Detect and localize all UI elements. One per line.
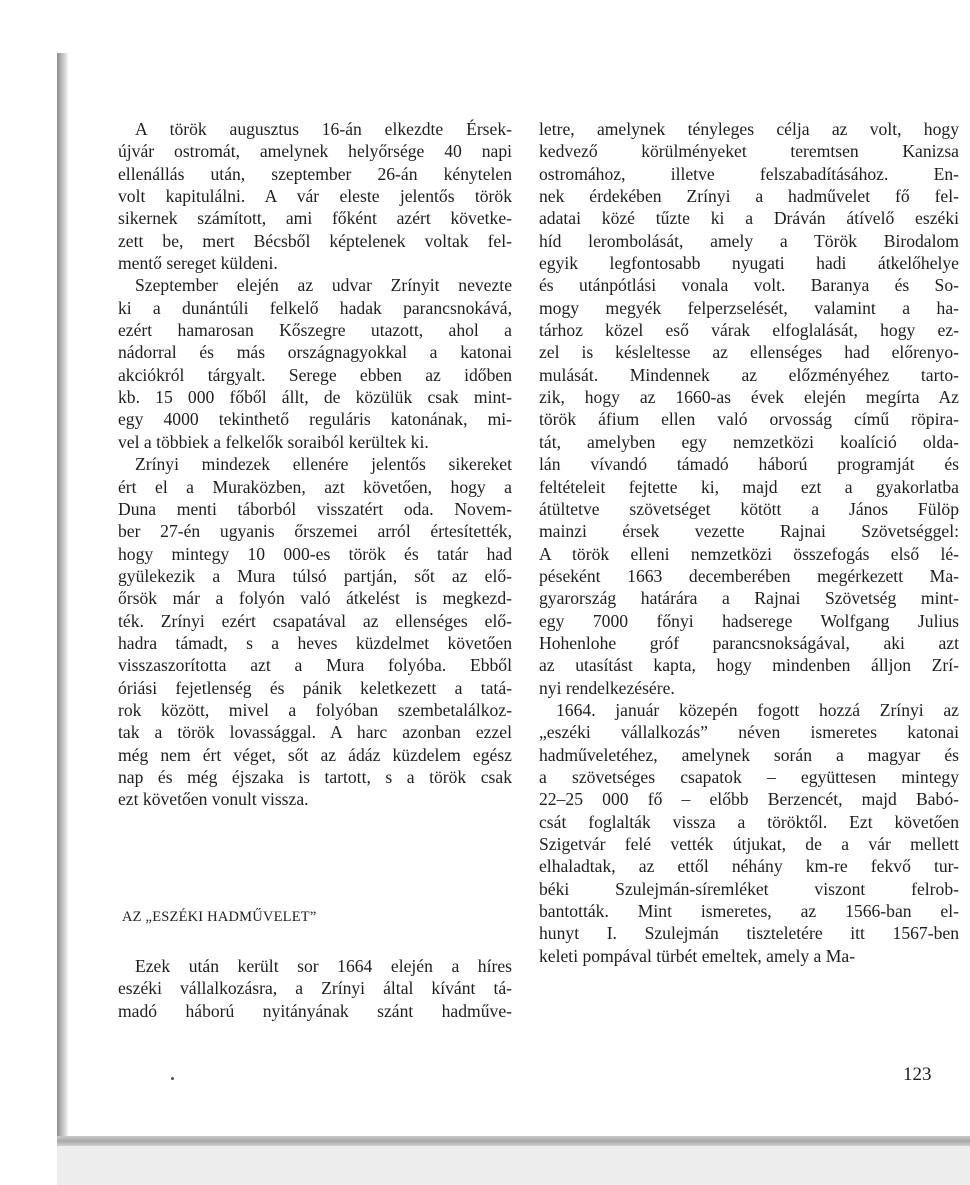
text-line: hadra támadt, s a heves küzdelmet követő…	[118, 632, 512, 654]
text-line: nek érdekében Zrínyi a hadművelet fő fel…	[539, 185, 959, 207]
text-line: akciókról tárgyalt. Serege ebben az időb…	[118, 364, 512, 386]
text-line: ért el a Muraközben, azt követően, hogy …	[118, 476, 512, 498]
text-line: A török augusztus 16-án elkezdte Érsek-	[118, 118, 512, 140]
text-line: visszaszorította azt a Mura folyóba. Ebb…	[118, 654, 512, 676]
text-line: török áfium ellen való orvosság című röp…	[539, 408, 959, 430]
text-line: madó háború nyitányának szánt hadműve-	[118, 1000, 512, 1022]
text-line: ber 27-én ugyanis őrszemei arról értesít…	[118, 520, 512, 542]
page-bottom-edge	[57, 1136, 970, 1146]
text-line: hogy mintegy 10 000-es török és tatár ha…	[118, 543, 512, 565]
text-line: sikernek számított, ami főként azért köv…	[118, 207, 512, 229]
text-line: ezt követően vonult vissza.	[118, 788, 512, 810]
scan-speck	[171, 1077, 174, 1080]
left-text-column: A török augusztus 16-án elkezdte Érsek-ú…	[118, 118, 512, 811]
text-line: zett be, mert Bécsből képtelenek voltak …	[118, 230, 512, 252]
text-line: még nem ért véget, sőt az ádáz küzdelem …	[118, 744, 512, 766]
text-line: ték. Zrínyi ezért csapatával az ellenség…	[118, 610, 512, 632]
text-line: hadműveletéhez, amelynek során a magyar …	[539, 744, 959, 766]
underlying-page	[57, 1146, 970, 1185]
text-line: béki Szulejmán-síremléket viszont felrob…	[539, 878, 959, 900]
text-line: mulását. Mindennek az előzményéhez tarto…	[539, 364, 959, 386]
text-line: egy 7000 főnyi hadserege Wolfgang Julius	[539, 610, 959, 632]
text-line: Zrínyi mindezek ellenére jelentős sikere…	[118, 453, 512, 475]
text-line: tárhoz közel eső várak elfoglalását, hog…	[539, 319, 959, 341]
text-line: nyi rendelkezésére.	[539, 677, 959, 699]
text-line: ostromához, illetve felszabadításához. E…	[539, 163, 959, 185]
text-line: elhaladtak, az ettől néhány km-re fekvő …	[539, 855, 959, 877]
page-number: 123	[903, 1064, 932, 1086]
text-line: Hohenlohe gróf parancsnokságával, aki az…	[539, 632, 959, 654]
text-line: ezért hamarosan Kőszegre utazott, ahol a	[118, 319, 512, 341]
text-line: tát, amelyben egy nemzetközi koalíció ol…	[539, 431, 959, 453]
text-line: hunyt I. Szulejmán tiszteletére itt 1567…	[539, 922, 959, 944]
text-line: eszéki vállalkozásra, a Zrínyi által kív…	[118, 977, 512, 999]
text-line: letre, amelynek tényleges célja az volt,…	[539, 118, 959, 140]
text-line: adatai közé tűzte ki a Dráván átívelő es…	[539, 207, 959, 229]
text-line: nap és még éjszaka is tartott, s a török…	[118, 766, 512, 788]
text-line: ki a dunántúli felkelő hadak parancsnoká…	[118, 297, 512, 319]
text-line: gyülekezik a Mura túlsó partján, sőt az …	[118, 565, 512, 587]
text-line: feltételeit fejtette ki, majd ezt a gyak…	[539, 476, 959, 498]
text-line: Duna menti táborból visszatért oda. Nove…	[118, 498, 512, 520]
book-spine-shadow	[57, 53, 68, 1185]
text-line: mentő sereget küldeni.	[118, 252, 512, 274]
text-line: zik, hogy az 1660-as évek elején megírta…	[539, 386, 959, 408]
text-line: zel is késleltesse az ellenséges had elő…	[539, 341, 959, 363]
text-line: átültetve szövetséget kötött a János Fül…	[539, 498, 959, 520]
text-line: újvár ostromát, amelynek helyőrsége 40 n…	[118, 140, 512, 162]
text-line: A török elleni nemzetközi összefogás els…	[539, 543, 959, 565]
text-line: nádorral és más országnagyokkal a katona…	[118, 341, 512, 363]
text-line: 1664. január közepén fogott hozzá Zrínyi…	[539, 699, 959, 721]
text-line: egy 4000 tekinthető reguláris katonának,…	[118, 408, 512, 430]
text-line: keleti pompával türbét emeltek, amely a …	[539, 945, 959, 967]
text-line: őrsök már a folyón való átkelést is megk…	[118, 587, 512, 609]
text-line: tak a török lovassággal. A harc azonban …	[118, 721, 512, 743]
section-intro-paragraph: Ezek után került sor 1664 elején a híres…	[118, 955, 512, 1022]
text-line: kedvező körülményeket teremtsen Kanizsa	[539, 140, 959, 162]
text-line: „eszéki vállalkozás” néven ismeretes kat…	[539, 721, 959, 743]
text-line: rok között, mivel a folyóban szembetalál…	[118, 699, 512, 721]
text-line: gyarország határára a Rajnai Szövetség m…	[539, 587, 959, 609]
text-line: 22–25 000 fő – előbb Berzencét, majd Bab…	[539, 788, 959, 810]
text-line: kb. 15 000 főből állt, de közülük csak m…	[118, 386, 512, 408]
text-line: bantották. Mint ismeretes, az 1566-ban e…	[539, 900, 959, 922]
text-line: csát foglalták vissza a töröktől. Ezt kö…	[539, 811, 959, 833]
text-line: Szeptember elején az udvar Zrínyit nevez…	[118, 274, 512, 296]
text-line: lán vívandó támadó háború programját és	[539, 453, 959, 475]
text-line: óriási fejetlenség és pánik keletkezett …	[118, 677, 512, 699]
text-line: a szövetséges csapatok – együttesen mint…	[539, 766, 959, 788]
text-line: Ezek után került sor 1664 elején a híres	[118, 955, 512, 977]
text-line: és utánpótlási vonala volt. Baranya és S…	[539, 274, 959, 296]
text-line: volt kapitulálni. A vár eleste jelentős …	[118, 185, 512, 207]
text-line: az utasítást kapta, hogy mindenben álljo…	[539, 654, 959, 676]
text-line: vel a többiek a felkelők soraiból került…	[118, 431, 512, 453]
text-line: péseként 1663 decemberében megérkezett M…	[539, 565, 959, 587]
right-text-column: letre, amelynek tényleges célja az volt,…	[539, 118, 959, 967]
section-heading: AZ „ESZÉKI HADMŰVELET”	[122, 909, 316, 926]
text-line: mainzi érsek vezette Rajnai Szövetséggel…	[539, 520, 959, 542]
text-line: Szigetvár felé vették útjukat, de a vár …	[539, 833, 959, 855]
text-line: mogy megyék felperzselését, valamint a h…	[539, 297, 959, 319]
text-line: híd lerombolását, amely a Török Birodalo…	[539, 230, 959, 252]
text-line: egyik legfontosabb nyugati hadi átkelőhe…	[539, 252, 959, 274]
text-line: ellenállás után, szeptember 26-án kényte…	[118, 163, 512, 185]
